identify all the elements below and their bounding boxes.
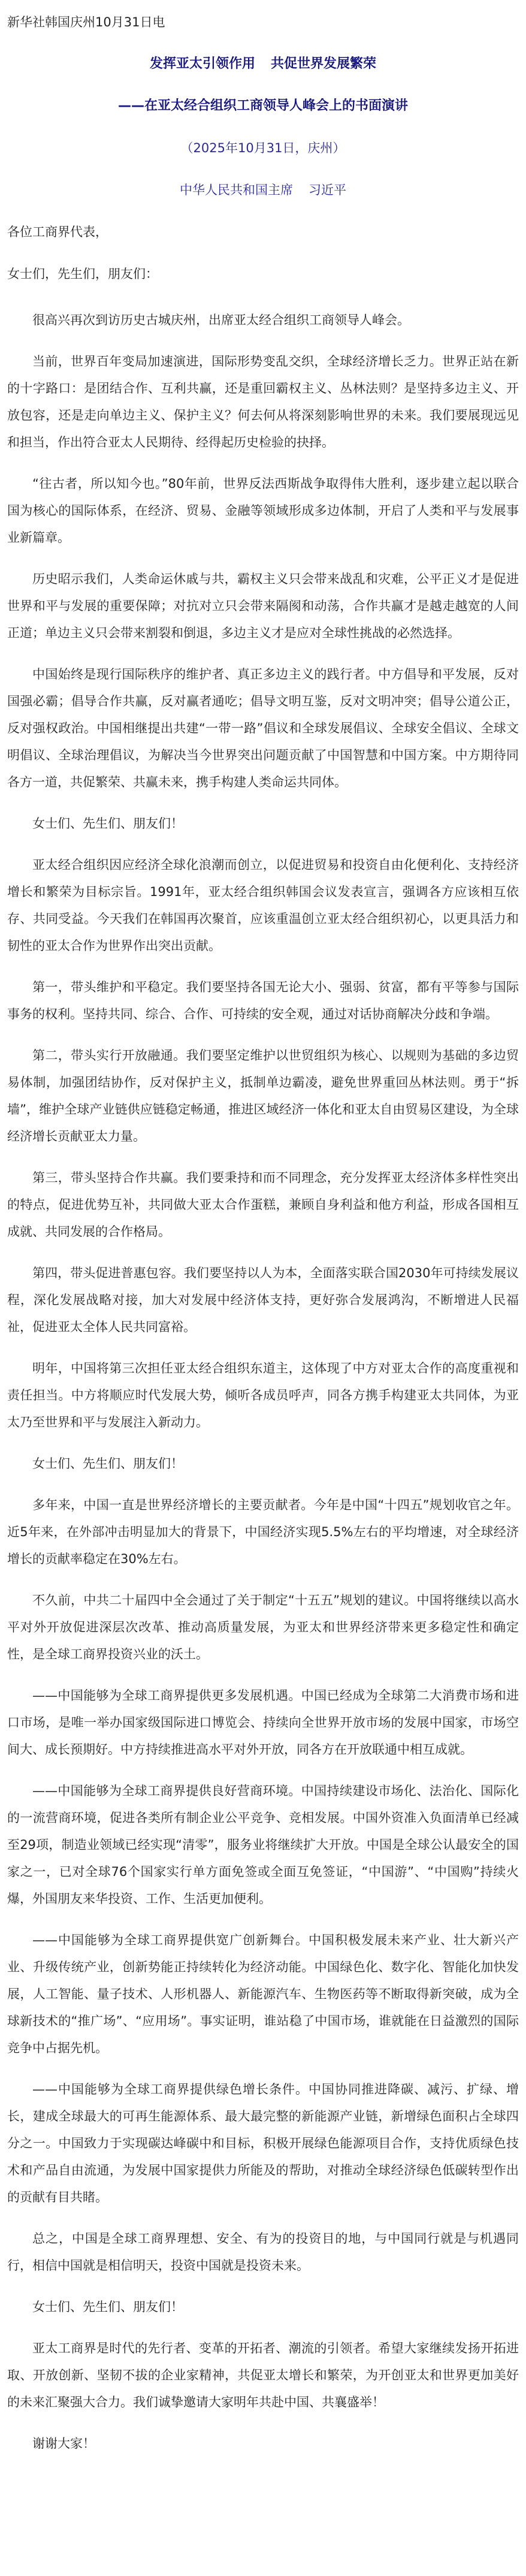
paragraph: “往古者，所以知今也。”80年前，世界反法西斯战争取得伟大胜利，逐步建立起以联合… bbox=[7, 470, 519, 551]
salutation-ladies: 女士们，先生们，朋友们： bbox=[7, 265, 519, 283]
paragraph: 第四，带头促进普惠包容。我们要坚持以人为本，全面落实联合国2030年可持续发展议… bbox=[7, 1260, 519, 1341]
paragraph: 总之，中国是全球工商界理想、安全、有为的投资目的地，与中国同行就是与机遇同行，相… bbox=[7, 2225, 519, 2279]
paragraph: ——中国能够为全球工商界提供良好营商环境。中国持续建设市场化、法治化、国际化的一… bbox=[7, 1778, 519, 1913]
paragraph: 多年来，中国一直是世界经济增长的主要贡献者。今年是中国“十四五”规划收官之年。近… bbox=[7, 1492, 519, 1573]
interjection: 女士们、先生们、朋友们！ bbox=[7, 1450, 519, 1477]
date-place: （2025年10月31日，庆州） bbox=[7, 139, 519, 157]
author-title: 中华人民共和国主席 bbox=[180, 183, 293, 197]
paragraph: 历史昭示我们，人类命运休戚与共，霸权主义只会带来战乱和灾难，公平正义才是促进世界… bbox=[7, 566, 519, 647]
paragraph: ——中国能够为全球工商界提供更多发展机遇。中国已经成为全球第二大消费市场和进口市… bbox=[7, 1682, 519, 1763]
paragraph: 第一，带头维护和平稳定。我们要坚持各国无论大小、强弱、贫富，都有平等参与国际事务… bbox=[7, 974, 519, 1028]
author-line: 中华人民共和国主席习近平 bbox=[7, 181, 519, 199]
closing: 谢谢大家！ bbox=[7, 2430, 519, 2457]
paragraph: 中国始终是现行国际秩序的维护者、真正多边主义的践行者。中方倡导和平发展，反对国强… bbox=[7, 661, 519, 796]
dateline: 新华社韩国庆州10月31日电 bbox=[7, 13, 519, 31]
salutation-business: 各位工商界代表， bbox=[7, 223, 519, 241]
paragraph: 亚太经合组织因应经济全球化浪潮而创立，以促进贸易和投资自由化便利化、支持经济增长… bbox=[7, 852, 519, 960]
paragraph: 当前，世界百年变局加速演进，国际形势变乱交织，全球经济增长乏力。世界正站在新的十… bbox=[7, 348, 519, 456]
paragraph: 明年，中国将第三次担任亚太经合组织东道主，这体现了中方对亚太合作的高度重视和责任… bbox=[7, 1355, 519, 1436]
paragraph: 亚太工商界是时代的先行者、变革的开拓者、潮流的引领者。希望大家继续发扬开拓进取、… bbox=[7, 2335, 519, 2416]
interjection: 女士们、先生们、朋友们！ bbox=[7, 810, 519, 837]
paragraph: 不久前，中共二十届四中全会通过了关于制定“十五五”规划的建议。中国将继续以高水平… bbox=[7, 1587, 519, 1668]
paragraph: 第二，带头实行开放融通。我们要坚定维护以世贸组织为核心、以规则为基础的多边贸易体… bbox=[7, 1042, 519, 1150]
title-part-2: 共促世界发展繁荣 bbox=[271, 56, 376, 71]
paragraph: ——中国能够为全球工商界提供宽广创新舞台。中国积极发展未来产业、壮大新兴产业、升… bbox=[7, 1927, 519, 2062]
article-title: 发挥亚太引领作用共促世界发展繁荣 bbox=[7, 55, 519, 73]
paragraph: ——中国能够为全球工商界提供绿色增长条件。中国协同推进降碳、减污、扩绿、增长，建… bbox=[7, 2076, 519, 2211]
article-subtitle: ——在亚太经合组织工商领导人峰会上的书面演讲 bbox=[7, 97, 519, 115]
paragraph: 第三，带头坚持合作共赢。我们要秉持和而不同理念，充分发挥亚太经济体多样性突出的特… bbox=[7, 1165, 519, 1245]
author-name: 习近平 bbox=[309, 183, 346, 197]
title-part-1: 发挥亚太引领作用 bbox=[150, 56, 255, 71]
interjection: 女士们、先生们、朋友们！ bbox=[7, 2294, 519, 2321]
paragraph: 很高兴再次到访历史古城庆州，出席亚太经合组织工商领导人峰会。 bbox=[7, 307, 519, 334]
article: 新华社韩国庆州10月31日电 发挥亚太引领作用共促世界发展繁荣 ——在亚太经合组… bbox=[0, 0, 526, 2490]
